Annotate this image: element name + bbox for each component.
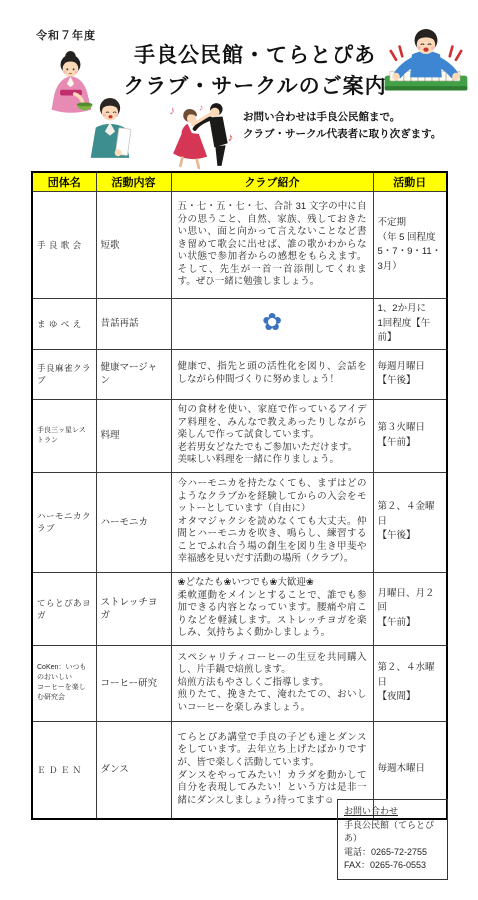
header-group-name: 団体名: [32, 172, 96, 192]
page-title: 手良公民館・てらとぴあ クラブ・サークルのご案内: [115, 41, 395, 103]
activity-cell: 昔話再話: [96, 299, 171, 350]
intro-cell: ❀どなたも❀いつでも❀大歓迎❀ 柔軟運動をメインとすることで、誰でも参加できる内…: [171, 572, 373, 645]
table-row: てらとぴあヨガ ストレッチヨガ ❀どなたも❀いつでも❀大歓迎❀ 柔軟運動をメイン…: [32, 572, 447, 645]
table-row: 手良三ッ星レストラン 料理 旬の食材を使い、家庭で作っているアイデア料理を、みん…: [32, 399, 447, 472]
group-name-cell: 手良三ッ星レストラン: [32, 399, 96, 472]
contact-note-line2: クラブ・サークル代表者に取り次ぎます。: [243, 126, 441, 143]
days-cell: 不定期 （年 5 回程度 5・7・9・11・ 3月）: [373, 192, 447, 299]
intro-cell: 五・七・五・七・七、合計 31 文字の中に自分の思うこと、自然、家族、残しておき…: [171, 192, 373, 299]
group-name-cell: てらとぴあヨガ: [32, 572, 96, 645]
intro-cell: 今ハーモニカを持たなくても、まずはどのようなクラブかを経験してからの入会をモット…: [171, 472, 373, 572]
activity-cell: ハーモニカ: [96, 472, 171, 572]
contact-box-name: 手良公民館（てらとぴあ）: [344, 819, 441, 846]
singing-man-icon: [85, 97, 137, 163]
contact-box: お問い合わせ 手良公民館（てらとぴあ） 電話：0265-72-2755 FAX：…: [337, 799, 448, 880]
header-club-intro: クラブ紹介: [171, 172, 373, 192]
header-activity-days: 活動日: [373, 172, 447, 192]
page-title-line2: クラブ・サークルのご案内: [115, 71, 395, 103]
page-title-line1: 手良公民館・てらとぴあ: [115, 41, 395, 71]
contact-box-title: お問い合わせ: [344, 805, 441, 819]
intro-cell: スペシャリティコーヒーの生豆を共同購入し、片手鍋で焙煎します。 焙煎方法もやさし…: [171, 645, 373, 721]
days-cell: 月曜日、月２回 【午前】: [373, 572, 447, 645]
flyer-page: 令和７年度 手良公民館・てらとぴあ クラブ・サークルのご案内 お問い合わせは手良…: [0, 0, 478, 900]
fiscal-year-label: 令和７年度: [36, 27, 96, 43]
days-cell: 1、2か月に 1回程度【午前】: [373, 299, 447, 350]
table-row: 手 良 歌 会 短歌 五・七・五・七・七、合計 31 文字の中に自分の思うこと、…: [32, 192, 447, 299]
svg-text:♪: ♪: [199, 102, 204, 112]
days-cell: 第３火曜日 【午前】: [373, 399, 447, 472]
activity-cell: 料理: [96, 399, 171, 472]
group-name-cell: ハーモニカクラブ: [32, 472, 96, 572]
svg-text:♪: ♪: [228, 132, 234, 144]
table-row: ハーモニカクラブ ハーモニカ 今ハーモニカを持たなくても、まずはどのようなクラブ…: [32, 472, 447, 572]
activity-cell: ダンス: [96, 721, 171, 819]
days-cell: 第２、４水曜日 【夜間】: [373, 645, 447, 721]
table-row: 手良麻雀クラブ 健康マージャン 健康で、指先と頭の活性化を図り、会話をしながら仲…: [32, 349, 447, 399]
contact-note-line1: お問い合わせは手良公民館まで。: [243, 109, 441, 126]
group-name-cell: Ｅ Ｄ Ｅ Ｎ: [32, 721, 96, 819]
contact-box-fax: FAX：0265-76-0553: [344, 859, 441, 873]
group-name-cell: CoKen：いつものおいしい コーヒーを楽しむ研究会: [32, 645, 96, 721]
activity-cell: 健康マージャン: [96, 349, 171, 399]
club-table: 団体名 活動内容 クラブ紹介 活動日 手 良 歌 会 短歌 五・七・五・七・七、…: [31, 171, 448, 820]
mahjong-player-icon: [382, 22, 470, 94]
flower-icon: ✿: [171, 299, 373, 350]
intro-cell: 旬の食材を使い、家庭で作っているアイデア料理を、みんなで教えあったりしながら楽し…: [171, 399, 373, 472]
activity-cell: コーヒー研究: [96, 645, 171, 721]
group-name-cell: ま ゆ べ え: [32, 299, 96, 350]
table-row: ま ゆ べ え 昔話再話 ✿ 1、2か月に 1回程度【午前】: [32, 299, 447, 350]
header-activity: 活動内容: [96, 172, 171, 192]
days-cell: 第２、４金曜日 【午後】: [373, 472, 447, 572]
dancing-couple-icon: ♪ ♪ ♪: [168, 100, 238, 170]
group-name-cell: 手良麻雀クラブ: [32, 349, 96, 399]
days-cell: 毎週月曜日 【午後】: [373, 349, 447, 399]
intro-cell: 健康で、指先と頭の活性化を図り、会話をしながら仲間づくりに努めましょう！: [171, 349, 373, 399]
svg-text:♪: ♪: [169, 103, 175, 117]
table-header-row: 団体名 活動内容 クラブ紹介 活動日: [32, 172, 447, 192]
activity-cell: ストレッチヨガ: [96, 572, 171, 645]
contact-note: お問い合わせは手良公民館まで。 クラブ・サークル代表者に取り次ぎます。: [243, 109, 441, 143]
activity-cell: 短歌: [96, 192, 171, 299]
table-row: CoKen：いつものおいしい コーヒーを楽しむ研究会 コーヒー研究 スペシャリテ…: [32, 645, 447, 721]
group-name-cell: 手 良 歌 会: [32, 192, 96, 299]
contact-box-phone: 電話：0265-72-2755: [344, 846, 441, 860]
